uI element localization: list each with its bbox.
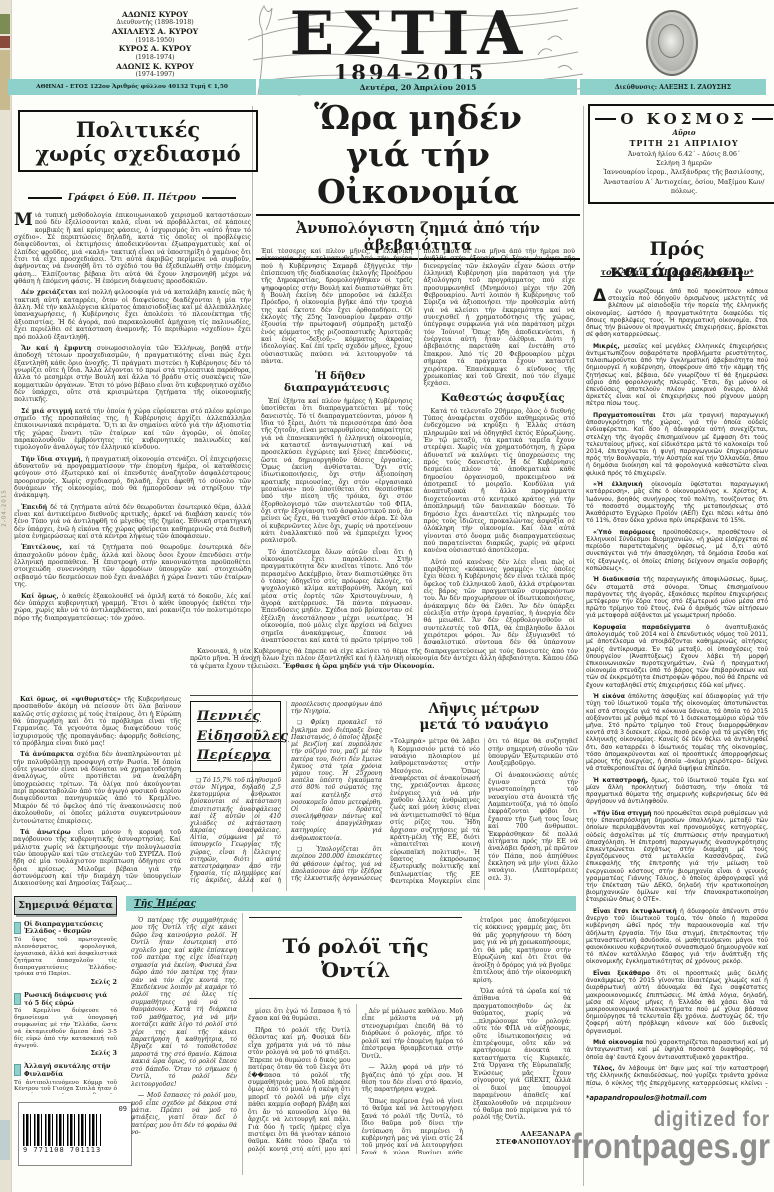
- title-rule: [752, 118, 773, 120]
- article-paragraph: Τά ἀνύπαρκτα σχέδια δέν ἀναπληρώνονται μ…: [13, 751, 181, 824]
- founder-name: ΑΧΙΛΛΕΥΣ Α. ΚΥΡΟΥ: [70, 27, 240, 36]
- newspaper-title: ΕΣΤΙΑ: [240, 3, 580, 63]
- article-paragraph: Ἡ εἰκόνα ἀπόλυτης ἀσφυξίας καί ἀδιαφορία…: [586, 693, 768, 772]
- story-paragraph: Ὁ πατέρας τῆς συμμαθήτριάς μου τῆς Ὀντίλ…: [131, 917, 237, 1088]
- article-paragraph: Μικρές, μεσαῖες καί μεγάλες ἑλληνικές ἐπ…: [586, 343, 768, 408]
- article-paragraph: Τό ἀποτέλεσμα ὅλων αὐτῶν εἶναι ὅτι ἡ οἰκ…: [261, 549, 413, 644]
- story-paragraph: Ὅπως περίμενα ἐγώ νά γίνει τό θαῦμα καί …: [362, 1098, 464, 1154]
- article-paragraph: Τέλος, ἄν λάβουμε ὑπ' ὄψιν μας καί τήν κ…: [586, 1065, 768, 1088]
- topic-teaser: Ρωσική διάψευσις γιά τό 5 δίς εὐρώ Τό Κρ…: [14, 992, 117, 1057]
- masthead-founders: ΑΔΩΝΙΣ ΚΥΡΟΥ Διευθυντής (1898-1918) ΑΧΙΛ…: [70, 10, 240, 79]
- dropcap: Δ: [586, 288, 608, 303]
- article-paragraph: «Τήν ἴδια στιγμή πού προωθεῖται σειρά ρυ…: [586, 810, 768, 903]
- issue-date: Δευτέρα, 20 Ἀπριλίου 2015: [259, 79, 577, 95]
- story-paragraph: Ὅλα αὐτά τά ὡραῖα καί τά ἀπίθανα θά πραγ…: [473, 988, 571, 1122]
- barcode-bars: [23, 1114, 101, 1146]
- article-paragraph: Εἶναι ξεκάθαρο ὅτι οἱ προοπτικές μιᾶς δε…: [586, 970, 768, 1035]
- pennies-item: ❑ Φρίκη προκαλεῖ τό ἔγκλημα πού διέπραξε…: [291, 719, 382, 841]
- article-paragraph: Ἐπιτέλους, καί τά ζητήματα πού θεωροῦμε …: [14, 544, 251, 588]
- issn-barcode: 09 9 771108 701113: [18, 1102, 132, 1166]
- teal-square-icon: [14, 922, 21, 934]
- column-rule: [583, 106, 584, 1186]
- dropcap: Μ: [14, 212, 35, 227]
- story-signature: ΑΛΕΞΑΝΔΡΑ ΣΤΕΦΑΝΟΠΟΥΛΟΥ: [473, 1130, 571, 1146]
- today-topics: Σημερινά θέματα Οἱ διαπραγματεύσεις Ἑλλά…: [14, 896, 117, 1094]
- measures-body: «Τολμηρά» μέτρα θά λάβει ἡ Κομμισσιόν με…: [390, 738, 578, 890]
- article-paragraph: Κατά τό τελευταῖο 20ήμερο, ὅλος ὁ διεθνή…: [424, 408, 576, 555]
- topic-text: Τό ἀντιπολιτευόμενο Κόμμα τοῦ Κέντρου το…: [14, 1080, 117, 1094]
- day-column-band: Τῆς Ἡμέρας: [126, 896, 576, 911]
- barcode-number: 9 771108 701113: [23, 1146, 127, 1154]
- day-column-header: Τῆς Ἡμέρας: [134, 899, 196, 909]
- founder-dates: (1918-1974): [70, 54, 240, 62]
- article-paragraph: Αὐτό πού κανένας δέν λέει εἶναι πώς οἱ π…: [424, 559, 576, 644]
- left-article-title: χωρίς σχεδιασμό: [24, 142, 252, 166]
- section-rule: [190, 695, 578, 696]
- main-article-col2: πολύ μέσα σέ ἕνα μῆνα ἀπό τήν ἡμέρα πού …: [418, 248, 581, 644]
- article-paragraph: Εἶναι ἔτσι ἐκτυφλωτική ἡ ἀδιαφορία ἀπένα…: [586, 908, 768, 966]
- square-bullet-icon: ❑: [297, 847, 302, 853]
- article-paragraph: Πραγματοποιεῖται ἔτσι μία τραγική παραγω…: [586, 412, 768, 477]
- director-info: Διεύθυνσις: ΑΛΕΞΗΣ Ι. ΖΑΟΥΣΗΣ: [580, 79, 766, 95]
- title-rule: [595, 118, 616, 120]
- main-article-col1: Ἐπί τέσσερις καί πλέον μῆνες, ἡ ἑλληνική…: [256, 248, 418, 644]
- scan-artifact: [0, 36, 10, 48]
- founder-dates: Διευθυντής (1898-1918): [70, 19, 240, 27]
- article-paragraph: Κανονικά, ἡ νέα Κυβέρνησις θά ἔπρεπε νά …: [190, 648, 578, 670]
- founder-entry: ΑΧΙΛΛΕΥΣ Α. ΚΥΡΟΥ (1918-1950): [70, 27, 240, 44]
- pennies-section: Πεννιές Εἰδησοῦλες Περίεργα ❑ Τό 15,7% τ…: [190, 701, 382, 891]
- pennies-header: Πεννιές Εἰδησοῦλες Περίεργα: [190, 701, 281, 772]
- ontil-headline: Τό ρολόϊ τῆς Ὀντίλ: [249, 917, 462, 999]
- scan-edge-strip: [0, 0, 12, 1192]
- topic-teaser: Ἀλλαγή σκυτάλης στήν Φινλανδία Τό ἀντιπο…: [14, 1063, 117, 1094]
- left-article-title-box: Πολιτικές χωρίς σχεδιασμό: [18, 110, 258, 172]
- founder-name: ΑΔΩΝΙΣ ΚΥΡΟΥ: [70, 10, 240, 19]
- main-headline: Ὥρα μηδέν γιά τήν Οἰκονομία: [256, 100, 580, 211]
- article-paragraph: Κορυφαῖα παραδείγματα ὁ ἀναπτυξιακός ἀπο…: [586, 624, 768, 689]
- article-subhead: Καθεστώς ἀσφυξίας: [424, 392, 576, 404]
- article-paragraph: Μιά οἰκονομία πού χαρακτηρίζεται παρασιτ…: [586, 1039, 768, 1061]
- founder-name: ΑΔΩΝΙΣ Κ. ΚΥΡΟΥ: [70, 62, 240, 71]
- kosmos-sun: Ἀνατολή ἡλίου 6.42΄ - Δύσις 8.06΄: [595, 150, 773, 159]
- left-article-body: Μιά τυπική μεθοδολογία ἐπικοινωνιακοῦ χε…: [14, 212, 251, 692]
- teal-square-icon: [14, 1064, 21, 1076]
- ontil-col-a: μίσει ὅτι ἐγώ τό ἔσπασα ἤ τό ἔχασα καί θ…: [243, 1004, 356, 1154]
- main-article-closing: Κανονικά, ἡ νέα Κυβέρνησις θά ἔπρεπε νά …: [190, 648, 578, 692]
- day-column-intro: Ὁ πατέρας τῆς συμμαθήτριάς μου τῆς Ὀντίλ…: [126, 913, 242, 1175]
- ontil-story: Ὁ πατέρας τῆς συμμαθήτριάς μου τῆς Ὀντίλ…: [126, 913, 576, 1175]
- ontil-story-center: Τό ρολόϊ τῆς Ὀντίλ μίσει ὅτι ἐγώ τό ἔσπα…: [242, 913, 468, 1175]
- kosmos-tomorrow: Αὔριο: [595, 128, 773, 138]
- byline-rule: [28, 197, 62, 199]
- masthead-info-bar: ΑΘΗΝΑΙ - ΕΤΟΣ 122ον Ἀριθμός φύλλου 40132…: [8, 79, 766, 95]
- kosmos-saints: Ἰαννουαρίου ἱερομ., Ἀλεξάνδρας τῆς βασιλ…: [595, 168, 773, 196]
- collapse-article-body: Δέν γνωρίζουμε ἀπό ποῦ προκύπτουν κάποια…: [586, 288, 768, 1088]
- article-paragraph: Τά ἀνωτέρω εἶναι μόνον ἡ κορυφή τοῦ παγό…: [13, 829, 181, 888]
- kosmos-box: Ο ΚΟΣΜΟΣ Αὔριο ΤΡΙΤΗ 21 ΑΠΡΙΛΙΟΥ Ἀνατολή…: [588, 104, 774, 204]
- article-paragraph: Ἐπειδή δέ τά ζητήματα αὐτά δέν θεωροῦντα…: [14, 504, 251, 541]
- article-paragraph: Καί ὅμως, οἱ «ψιθυριστές» τῆς Κυβερνήσεω…: [13, 696, 181, 747]
- story-paragraph: Δέν μέ μάλωσε καθόλου. Μοῦ εἶπε μάλιστα …: [362, 1008, 464, 1060]
- topic-page-ref: Σελίς 3: [14, 1049, 117, 1057]
- article-paragraph: «Ὑπό παρόμοιες προϋποθέσεις», προσθέτουν…: [586, 529, 768, 572]
- edge-date: 2-04-2015: [2, 489, 8, 526]
- issue-info: ΑΘΗΝΑΙ - ΕΤΟΣ 122ον Ἀριθμός φύλλου 40132…: [8, 79, 256, 95]
- article-paragraph: Καί ὅμως, ὁ καθείς ἐξακολουθεῖ νά ὁμιλῆ …: [14, 593, 251, 622]
- founder-name: ΚΥΡΟΣ Α. ΚΥΡΟΥ: [70, 44, 240, 53]
- article-paragraph: πολύ μέσα σέ ἕνα μῆνα ἀπό τήν ἡμέρα πού …: [424, 248, 576, 388]
- left-article-title: Πολιτικές: [24, 118, 252, 142]
- story-paragraph: ἑταῖροι μας ἀποδεχόμενοι τίς κόκκινες γρ…: [473, 917, 571, 984]
- topic-text: Τό ὕψος τοῦ πρωτογενοῦς πλεονάσματος, φο…: [14, 937, 117, 978]
- article-paragraph: Ἐπί τέσσερις καί πλέον μῆνες, ἡ ἑλληνική…: [261, 248, 413, 366]
- topic-teaser: Οἱ διαπραγματεύσεις Ἑλλάδος - θεσμῶν Τό …: [14, 921, 117, 986]
- founder-entry: ΑΔΩΝΙΣ Κ. ΚΥΡΟΥ (1974-1997): [70, 62, 240, 79]
- square-bullet-icon: ❑: [196, 778, 201, 784]
- closing-emphasis: Ἔφθασε ἡ ὥρα μηδέν γιά τήν Οἰκονομία.: [283, 663, 435, 670]
- today-topics-header: Σημερινά θέματα: [14, 896, 117, 915]
- measures-article: Λῆψις μέτρων μετά τό ναυάγιο «Τολμηρά» μ…: [390, 701, 578, 891]
- founder-entry: ΚΥΡΟΣ Α. ΚΥΡΟΥ (1918-1974): [70, 44, 240, 61]
- seal-figure: [658, 24, 684, 58]
- kosmos-title: Ο ΚΟΣΜΟΣ: [595, 110, 773, 128]
- story-paragraph: — Μοῦ ἔσπασες τό ρολόϊ μου, μοῦ εἶπε σχε…: [131, 1092, 237, 1137]
- kosmos-moon: Σελήνη 3 ἡμερῶν: [595, 159, 773, 168]
- author-email: *apapandropoulos@hotmail.com: [586, 1094, 768, 1102]
- left-article-byline: Γράφει ὁ Εὐθ. Π. Πέτρου: [18, 193, 246, 203]
- founder-dates: (1918-1950): [70, 37, 240, 45]
- topic-text: Τό Κρεμλίνο διέψευσε τό δημοσίευμα γιά ὑ…: [14, 1008, 117, 1049]
- article-paragraph: Τήν ἴδια στιγμή, ἡ πραγματική οἰκονομία …: [14, 456, 251, 500]
- newspaper-front-page: 2-04-2015 ΑΔΩΝΙΣ ΚΥΡΟΥ Διευθυντής (1898-…: [0, 0, 774, 1192]
- topic-title: Οἱ διαπραγματεύσεις Ἑλλάδος - θεσμῶν: [14, 921, 117, 936]
- kosmos-day: ΤΡΙΤΗ 21 ΑΠΡΙΛΙΟΥ: [595, 138, 773, 150]
- founder-dates: (1974-1997): [70, 71, 240, 79]
- article-paragraph: «Ἡ ἑλληνική οἰκονομία ὑφίσταται παραγωγι…: [586, 481, 768, 524]
- collapse-article-byline: τοῦ Ἀθαν. Χ. Παπανδρόπουλου*: [588, 268, 766, 278]
- newspaper-seal: [646, 10, 698, 76]
- ontil-col-b: Δέν μέ μάλωσε καθόλου. Μοῦ εἶπε μάλιστα …: [356, 1004, 469, 1154]
- left-article-body-continued: Καί ὅμως, οἱ «ψιθυριστές» τῆς Κυβερνήσεω…: [13, 696, 181, 892]
- scan-artifact: [0, 14, 10, 34]
- story-paragraph: — Ἄλλη φορά νά μήν τό βγάζεις ἀπό τό χέρ…: [362, 1064, 464, 1094]
- teal-square-icon: [14, 993, 21, 1005]
- article-paragraph: Σέ μιά στιγμή κατά τήν ὁποία ἡ χώρα εὑρί…: [14, 408, 251, 452]
- topic-title: Ρωσική διάψευσις γιά τό 5 δίς εὐρώ: [14, 992, 117, 1007]
- square-bullet-icon: ❑: [297, 720, 302, 726]
- topic-title: Ἀλλαγή σκυτάλης στήν Φινλανδία: [14, 1063, 117, 1078]
- scan-artifact: [0, 1120, 10, 1160]
- frontpages-watermark: digitized for frontpages.gr: [566, 1110, 770, 1163]
- story-paragraph: Πῆρα τό ρολόϊ τῆς Ὀντίλ θέλοντας καί μή.…: [248, 1027, 351, 1154]
- byline-rule: [202, 197, 236, 199]
- article-paragraph: Οἱ ἀνακοινώσεις αὐτές ἔγιναν μετά τήν γν…: [488, 772, 578, 882]
- story-paragraph: μίσει ὅτι ἐγώ τό ἔσπασα ἤ τό ἔχασα καί θ…: [248, 1008, 351, 1023]
- byline-text: Γράφει ὁ Εὐθ. Π. Πέτρου: [68, 193, 196, 203]
- article-paragraph: Δέν χρειάζεται καί πολλή φιλοσοφία γιά ν…: [14, 289, 251, 340]
- article-paragraph: Ἡ διαδικασία τῆς παραγωγικῆς ἀποψιλώσεως…: [586, 576, 768, 619]
- topic-page-ref: Σελίς 2: [14, 978, 117, 986]
- article-paragraph: Ἐπί ἑξήντα καί πλέον ἡμέρες ἡ Κυβέρνησις…: [261, 398, 413, 545]
- founder-entry: ΑΔΩΝΙΣ ΚΥΡΟΥ Διευθυντής (1898-1918): [70, 10, 240, 27]
- article-paragraph: Δέν γνωρίζουμε ἀπό ποῦ προκύπτουν κάποια…: [586, 288, 768, 338]
- measures-headline: Λῆψις μέτρων μετά τό ναυάγιο: [390, 701, 578, 733]
- main-article-body: Ἐπί τέσσερις καί πλέον μῆνες, ἡ ἑλληνική…: [256, 248, 580, 644]
- article-paragraph: Μιά τυπική μεθοδολογία ἐπικοινωνιακοῦ χε…: [14, 212, 251, 285]
- article-paragraph: Ἄν καί ἡ ἔμφυτη συνωμοσιολογία τῶν Ἑλλήν…: [14, 345, 251, 404]
- ontil-col-c: ἑταῖροι μας ἀποδεχόμενοι τίς κόκκινες γρ…: [468, 913, 576, 1175]
- article-paragraph: Ἡ καταστροφή, ὅμως, τοῦ ἰδιωτικοῦ τομέα …: [586, 777, 768, 806]
- article-subhead: Ἡ δῆθεν διαπραγμάτευσις: [261, 370, 413, 394]
